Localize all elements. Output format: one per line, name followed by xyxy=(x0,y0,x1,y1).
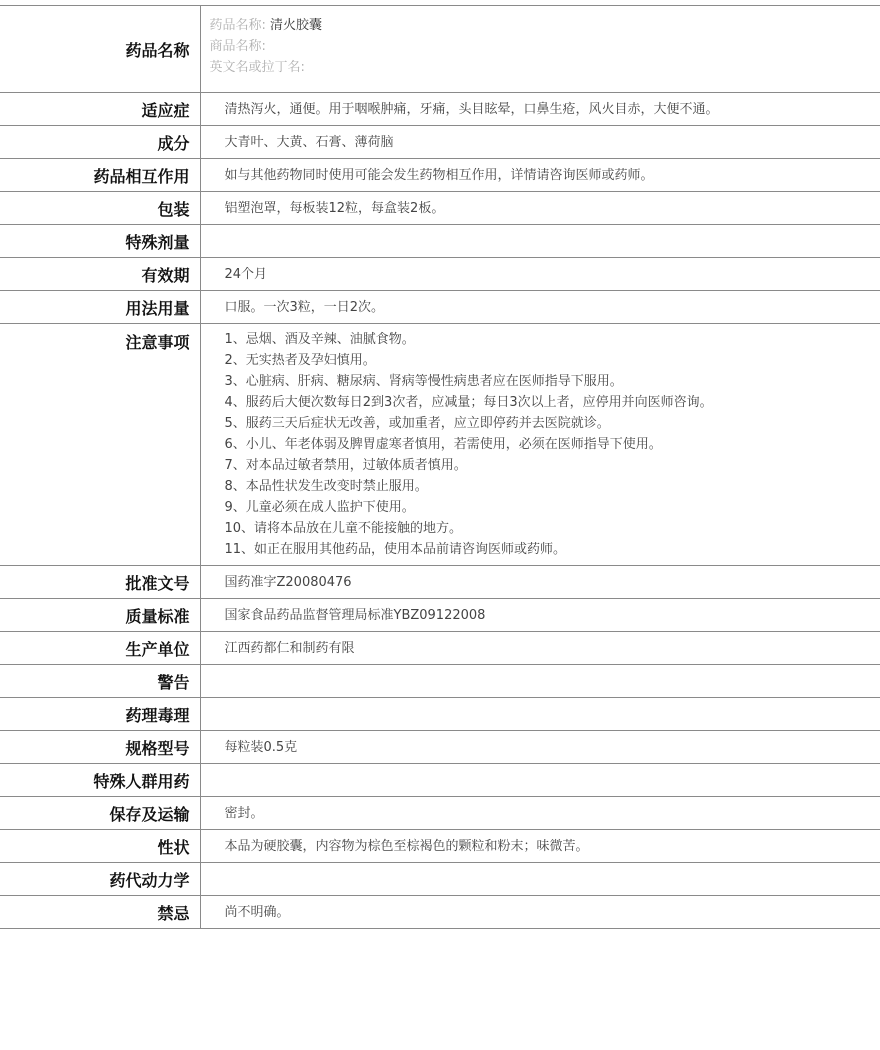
precaution-item: 4、服药后大便次数每日2到3次者，应减量；每日3次以上者，应停用并向医师咨询。 xyxy=(225,392,880,413)
label-storage-transport: 保存及运输 xyxy=(0,797,200,830)
trade-name-key: 商品名称: xyxy=(210,39,266,54)
label-warning: 警告 xyxy=(0,665,200,698)
value-special-dosage xyxy=(200,225,880,258)
row-pharmacokinetics: 药代动力学 xyxy=(0,863,880,896)
label-approval-number: 批准文号 xyxy=(0,566,200,599)
row-shelf-life: 有效期 24个月 xyxy=(0,258,880,291)
value-warning xyxy=(200,665,880,698)
value-manufacturer: 江西药都仁和制药有限 xyxy=(200,632,880,665)
label-shelf-life: 有效期 xyxy=(0,258,200,291)
value-description: 本品为硬胶囊，内容物为棕色至棕褐色的颗粒和粉末；味微苦。 xyxy=(200,830,880,863)
value-quality-standard: 国家食品药品监督管理局标准YBZ09122008 xyxy=(200,599,880,632)
row-ingredients: 成分 大青叶、大黄、石膏、薄荷脑 xyxy=(0,126,880,159)
row-manufacturer: 生产单位 江西药都仁和制药有限 xyxy=(0,632,880,665)
value-packaging: 铝塑泡罩，每板装12粒，每盒装2板。 xyxy=(200,192,880,225)
row-interactions: 药品相互作用 如与其他药物同时使用可能会发生药物相互作用，详情请咨询医师或药师。 xyxy=(0,159,880,192)
value-pharmacokinetics xyxy=(200,863,880,896)
label-packaging: 包装 xyxy=(0,192,200,225)
label-interactions: 药品相互作用 xyxy=(0,159,200,192)
generic-name-line: 药品名称: 清火胶囊 xyxy=(210,15,880,36)
value-specification: 每粒装0.5克 xyxy=(200,731,880,764)
row-precautions: 注意事项 1、忌烟、酒及辛辣、油腻食物。 2、无实热者及孕妇慎用。 3、心脏病、… xyxy=(0,324,880,566)
precaution-item: 7、对本品过敏者禁用，过敏体质者慎用。 xyxy=(225,455,880,476)
value-contraindications: 尚不明确。 xyxy=(200,896,880,929)
row-indications: 适应症 清热泻火，通便。用于咽喉肿痛，牙痛，头目眩晕，口鼻生疮，风火目赤，大便不… xyxy=(0,93,880,126)
label-ingredients: 成分 xyxy=(0,126,200,159)
row-packaging: 包装 铝塑泡罩，每板装12粒，每盒装2板。 xyxy=(0,192,880,225)
value-approval-number: 国药准字Z20080476 xyxy=(200,566,880,599)
label-pharmacology-toxicology: 药理毒理 xyxy=(0,698,200,731)
label-specification: 规格型号 xyxy=(0,731,200,764)
value-special-populations xyxy=(200,764,880,797)
row-storage-transport: 保存及运输 密封。 xyxy=(0,797,880,830)
row-quality-standard: 质量标准 国家食品药品监督管理局标准YBZ09122008 xyxy=(0,599,880,632)
value-precautions: 1、忌烟、酒及辛辣、油腻食物。 2、无实热者及孕妇慎用。 3、心脏病、肝病、糖尿… xyxy=(200,324,880,566)
row-special-dosage: 特殊剂量 xyxy=(0,225,880,258)
label-special-dosage: 特殊剂量 xyxy=(0,225,200,258)
precaution-item: 6、小儿、年老体弱及脾胃虚寒者慎用，若需使用，必须在医师指导下使用。 xyxy=(225,434,880,455)
label-description: 性状 xyxy=(0,830,200,863)
value-indications: 清热泻火，通便。用于咽喉肿痛，牙痛，头目眩晕，口鼻生疮，风火目赤，大便不通。 xyxy=(200,93,880,126)
label-manufacturer: 生产单位 xyxy=(0,632,200,665)
value-pharmacology-toxicology xyxy=(200,698,880,731)
value-interactions: 如与其他药物同时使用可能会发生药物相互作用，详情请咨询医师或药师。 xyxy=(200,159,880,192)
label-quality-standard: 质量标准 xyxy=(0,599,200,632)
label-indications: 适应症 xyxy=(0,93,200,126)
value-drug-name: 药品名称: 清火胶囊 商品名称: 英文名或拉丁名: xyxy=(200,6,880,93)
value-ingredients: 大青叶、大黄、石膏、薄荷脑 xyxy=(200,126,880,159)
value-shelf-life: 24个月 xyxy=(200,258,880,291)
precaution-item: 10、请将本品放在儿童不能接触的地方。 xyxy=(225,518,880,539)
label-pharmacokinetics: 药代动力学 xyxy=(0,863,200,896)
value-usage-dosage: 口服。一次3粒，一日2次。 xyxy=(200,291,880,324)
drug-spec-table: 药品名称 药品名称: 清火胶囊 商品名称: 英文名或拉丁名: 适应症 清热泻火，… xyxy=(0,5,880,929)
row-usage-dosage: 用法用量 口服。一次3粒，一日2次。 xyxy=(0,291,880,324)
precaution-item: 11、如正在服用其他药品，使用本品前请咨询医师或药师。 xyxy=(225,539,880,560)
row-special-populations: 特殊人群用药 xyxy=(0,764,880,797)
row-contraindications: 禁忌 尚不明确。 xyxy=(0,896,880,929)
generic-name-key: 药品名称: xyxy=(210,18,266,33)
label-usage-dosage: 用法用量 xyxy=(0,291,200,324)
precaution-item: 9、儿童必须在成人监护下使用。 xyxy=(225,497,880,518)
english-name-line: 英文名或拉丁名: xyxy=(210,57,880,78)
precaution-item: 3、心脏病、肝病、糖尿病、肾病等慢性病患者应在医师指导下服用。 xyxy=(225,371,880,392)
precaution-item: 2、无实热者及孕妇慎用。 xyxy=(225,350,880,371)
row-warning: 警告 xyxy=(0,665,880,698)
row-drug-name: 药品名称 药品名称: 清火胶囊 商品名称: 英文名或拉丁名: xyxy=(0,6,880,93)
row-description: 性状 本品为硬胶囊，内容物为棕色至棕褐色的颗粒和粉末；味微苦。 xyxy=(0,830,880,863)
label-precautions: 注意事项 xyxy=(0,324,200,566)
english-name-key: 英文名或拉丁名: xyxy=(210,60,305,75)
label-contraindications: 禁忌 xyxy=(0,896,200,929)
row-pharmacology-toxicology: 药理毒理 xyxy=(0,698,880,731)
row-specification: 规格型号 每粒装0.5克 xyxy=(0,731,880,764)
value-storage-transport: 密封。 xyxy=(200,797,880,830)
precaution-item: 1、忌烟、酒及辛辣、油腻食物。 xyxy=(225,329,880,350)
trade-name-line: 商品名称: xyxy=(210,36,880,57)
label-special-populations: 特殊人群用药 xyxy=(0,764,200,797)
row-approval-number: 批准文号 国药准字Z20080476 xyxy=(0,566,880,599)
precaution-item: 8、本品性状发生改变时禁止服用。 xyxy=(225,476,880,497)
precaution-item: 5、服药三天后症状无改善，或加重者，应立即停药并去医院就诊。 xyxy=(225,413,880,434)
generic-name-value: 清火胶囊 xyxy=(270,18,322,33)
label-drug-name: 药品名称 xyxy=(0,6,200,93)
